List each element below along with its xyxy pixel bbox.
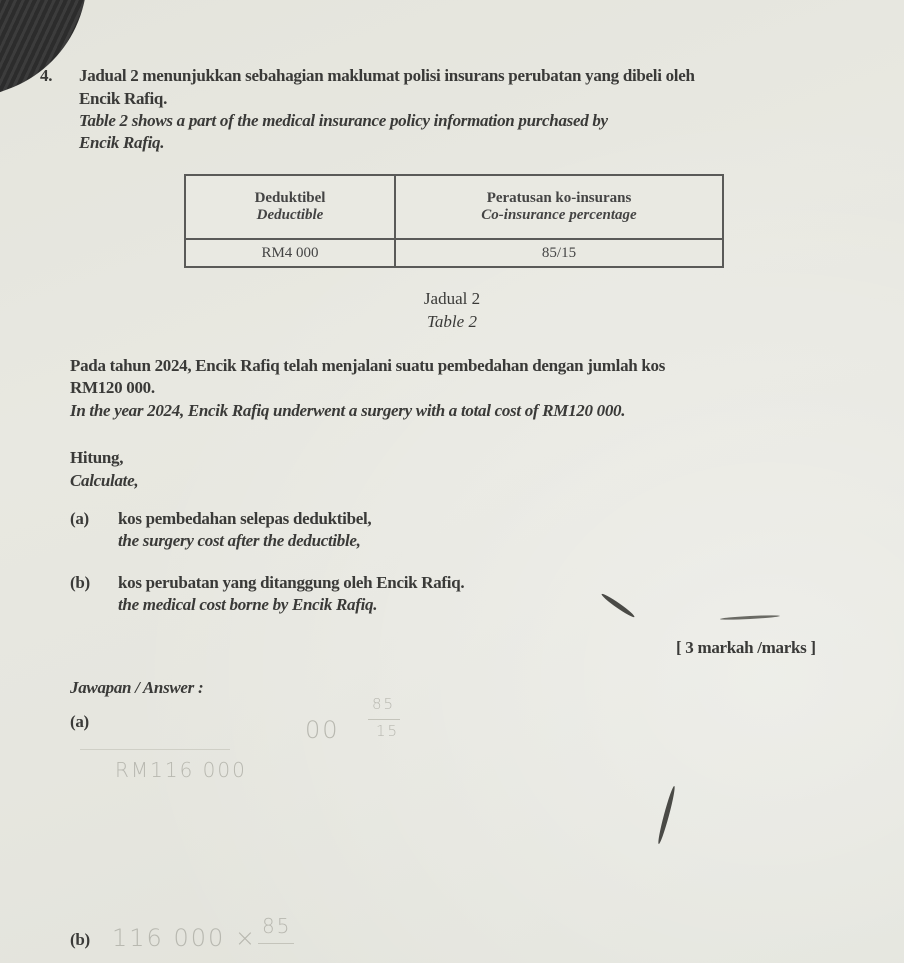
answer-a-underline bbox=[80, 749, 230, 750]
table-row: RM4 000 85/15 bbox=[185, 239, 723, 267]
table-caption-en: Table 2 bbox=[0, 312, 904, 332]
answer-a-handwriting-line2: RM116 000 bbox=[115, 758, 247, 782]
photo-shadow-corner bbox=[0, 0, 121, 103]
intro-ms-line1: Jadual 2 menunjukkan sebahagian maklumat… bbox=[79, 66, 695, 86]
marks-label: [ 3 markah /marks ] bbox=[676, 638, 816, 658]
part-a-label: (a) bbox=[70, 509, 89, 529]
scenario-ms-line1: Pada tahun 2024, Encik Rafiq telah menja… bbox=[70, 356, 665, 376]
intro-ms-line2: Encik Rafiq. bbox=[79, 89, 167, 109]
cell-coinsurance: 85/15 bbox=[395, 239, 723, 267]
instruction-en: Calculate, bbox=[70, 471, 138, 491]
part-b-en: the medical cost borne by Encik Rafiq. bbox=[118, 595, 377, 615]
intro-en-line1: Table 2 shows a part of the medical insu… bbox=[79, 111, 608, 131]
table-caption-ms: Jadual 2 bbox=[0, 289, 904, 309]
answer-b-label: (b) bbox=[70, 930, 90, 950]
part-b-ms: kos perubatan yang ditanggung oleh Encik… bbox=[118, 573, 464, 593]
answer-a-fraction-bar bbox=[368, 719, 400, 720]
eraser-debris bbox=[600, 592, 636, 619]
answer-b-fraction-num: 85 bbox=[262, 914, 291, 938]
header-coinsurance-en: Co-insurance percentage bbox=[400, 207, 718, 224]
part-a-en: the surgery cost after the deductible, bbox=[118, 531, 361, 551]
eraser-debris bbox=[720, 614, 780, 620]
answer-a-label: (a) bbox=[70, 712, 89, 732]
header-coinsurance: Peratusan ko-insurans Co-insurance perce… bbox=[395, 175, 723, 239]
answer-b-handwriting: 116 000 × bbox=[112, 924, 257, 952]
table-header-row: Deduktibel Deductible Peratusan ko-insur… bbox=[185, 175, 723, 239]
scenario-en: In the year 2024, Encik Rafiq underwent … bbox=[70, 401, 625, 421]
header-coinsurance-ms: Peratusan ko-insurans bbox=[487, 190, 632, 206]
answer-a-handwriting-line1: 00 bbox=[305, 716, 340, 744]
cell-deductible: RM4 000 bbox=[185, 239, 395, 267]
intro-en-line2: Encik Rafiq. bbox=[79, 133, 164, 153]
answer-a-fraction-den: 15 bbox=[376, 722, 399, 740]
part-a-ms: kos pembedahan selepas deduktibel, bbox=[118, 509, 371, 529]
answer-a-fraction-num: 85 bbox=[372, 695, 395, 713]
eraser-debris bbox=[656, 785, 676, 844]
header-deductible-ms: Deduktibel bbox=[255, 190, 326, 206]
header-deductible: Deduktibel Deductible bbox=[185, 175, 395, 239]
question-number: 4. bbox=[40, 66, 52, 86]
header-deductible-en: Deductible bbox=[190, 207, 390, 224]
insurance-policy-table: Deduktibel Deductible Peratusan ko-insur… bbox=[184, 174, 724, 268]
answer-b-fraction-bar bbox=[258, 943, 294, 944]
part-b-label: (b) bbox=[70, 573, 90, 593]
instruction-ms: Hitung, bbox=[70, 448, 123, 468]
scenario-ms-line2: RM120 000. bbox=[70, 378, 155, 398]
answer-heading: Jawapan / Answer : bbox=[70, 678, 203, 698]
